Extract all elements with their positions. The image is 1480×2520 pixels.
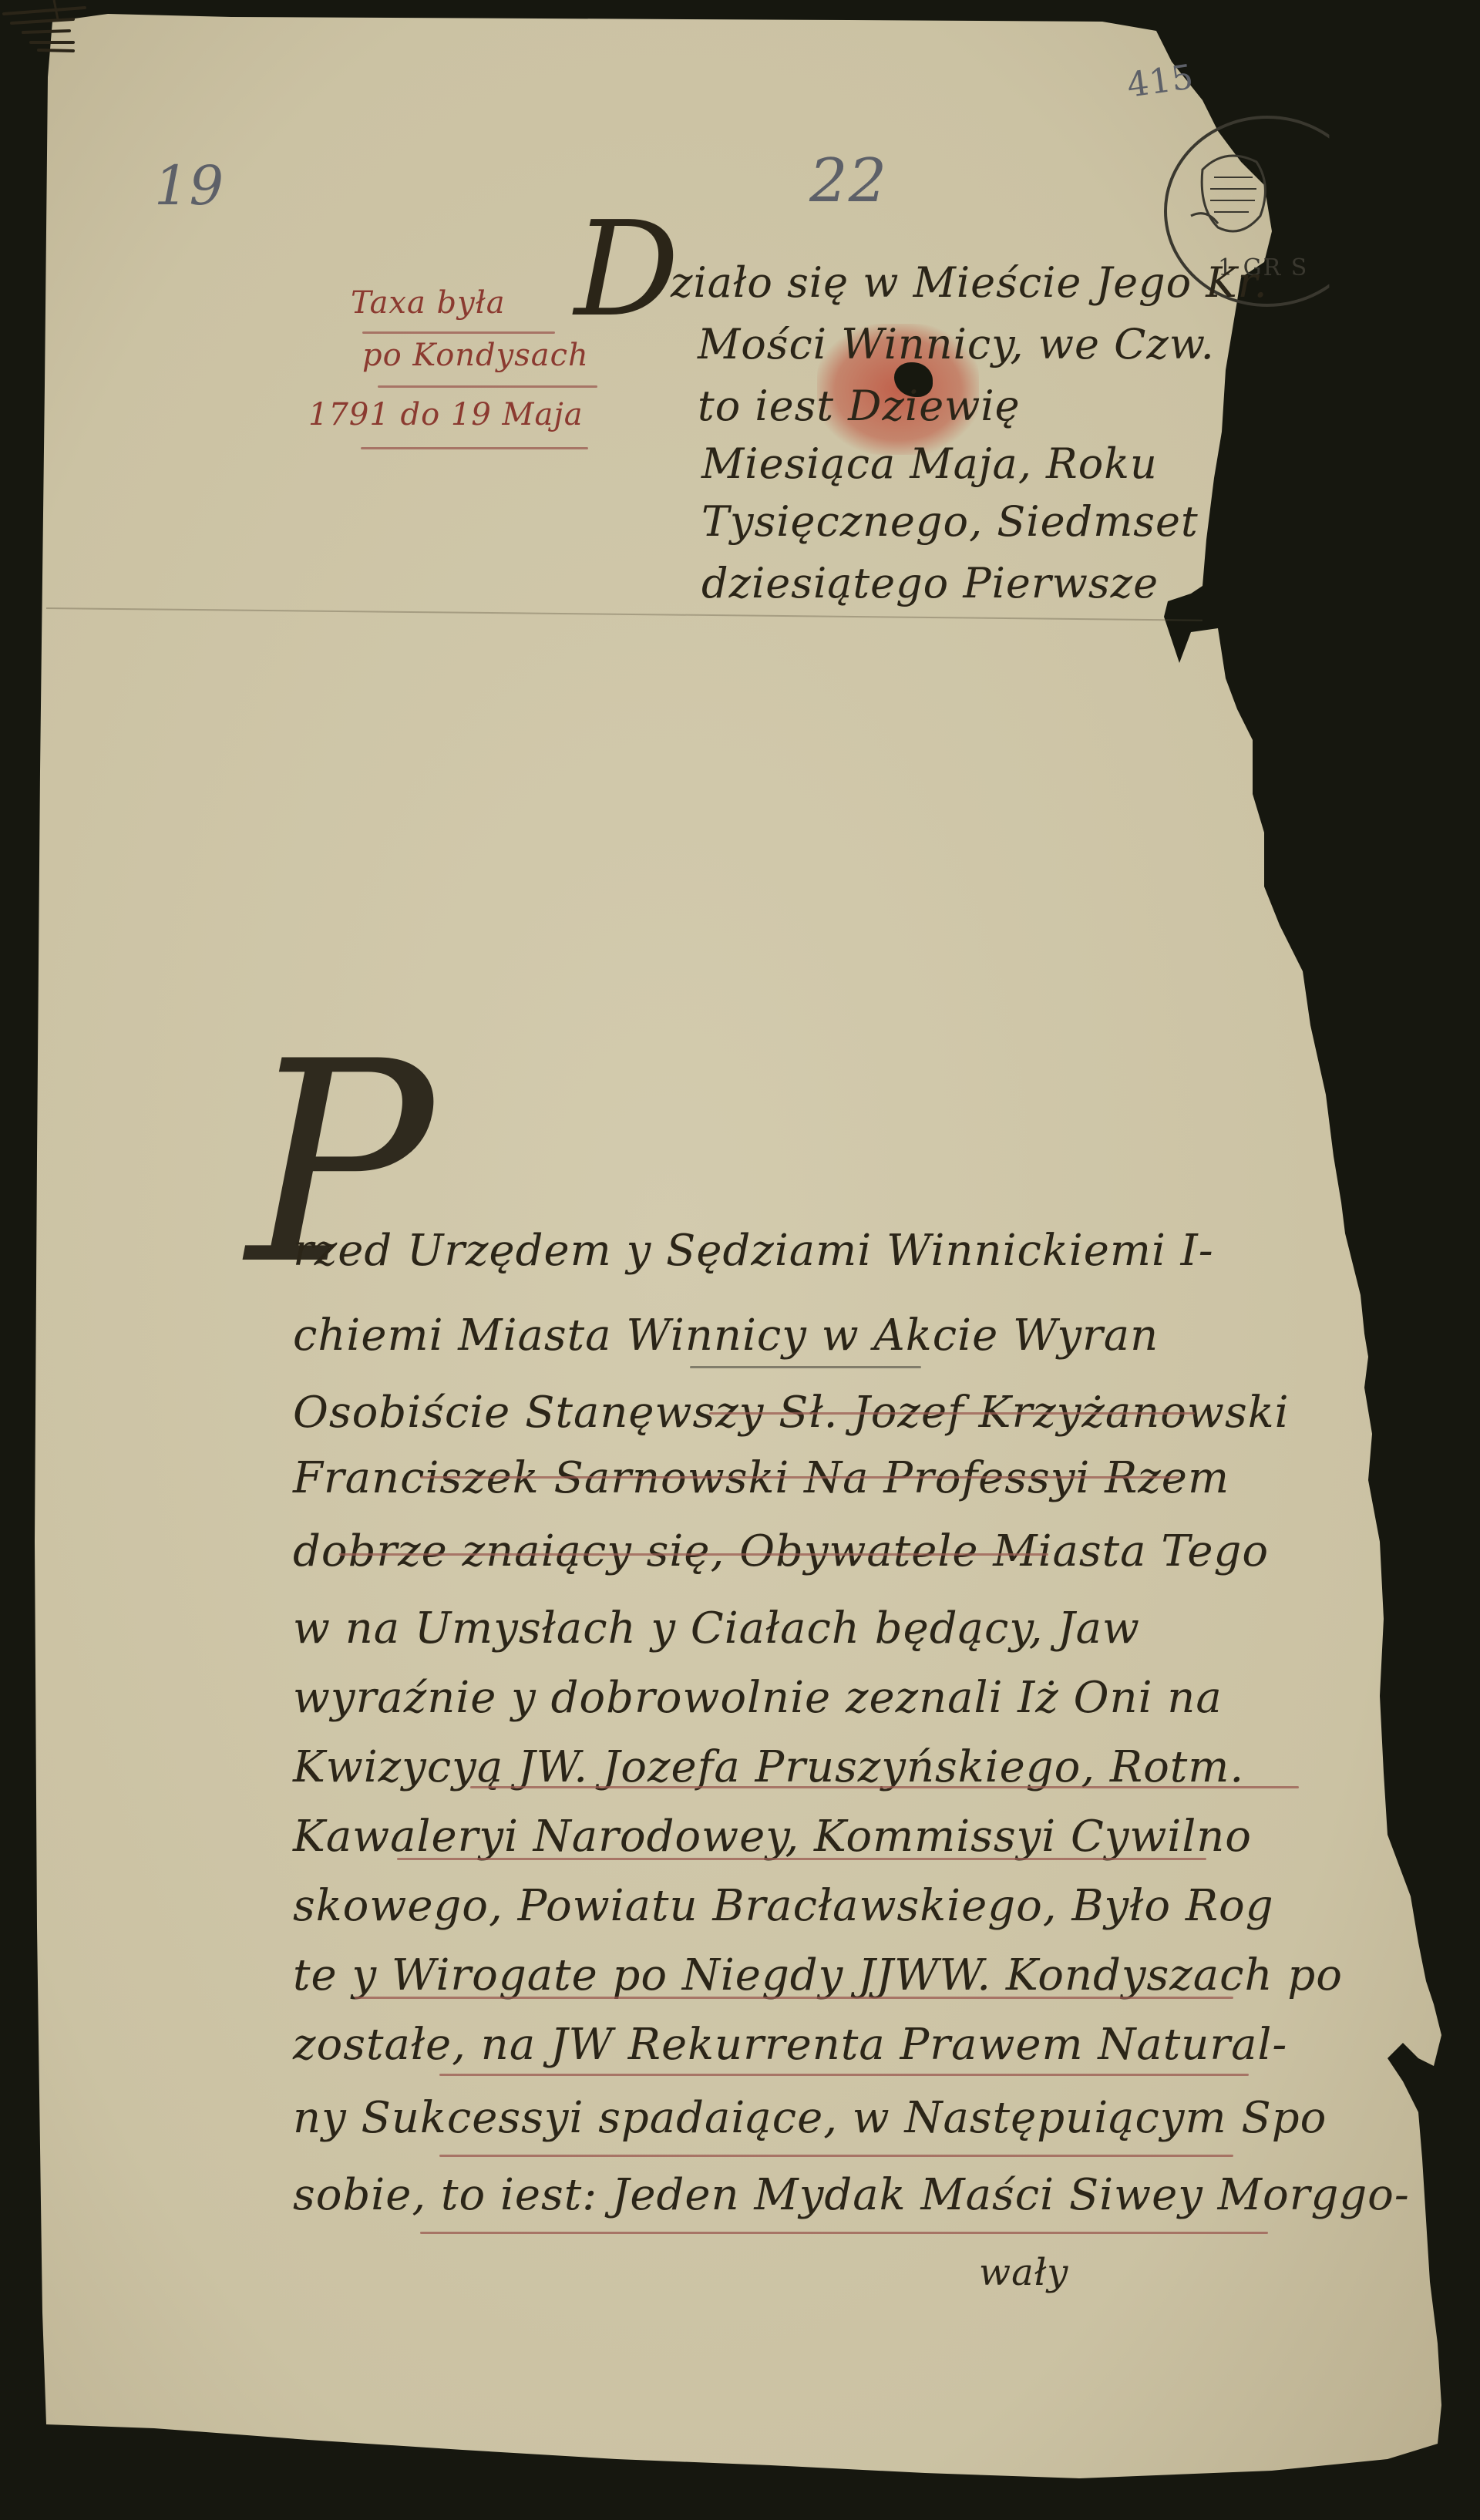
body-line: Kwizycyą JW. Jozefa Pruszyńskiego, Rotm.: [293, 1742, 1244, 1792]
underline: [709, 1412, 1195, 1415]
margin-pencil-mark: 19: [154, 154, 224, 217]
header-line: Miesiąca Maja, Roku: [701, 439, 1158, 488]
body-line: Kawaleryi Narodowey, Kommissyi Cywilno: [293, 1812, 1252, 1862]
header-initial: D: [574, 204, 679, 335]
body-line: dobrze znaiący się, Obywatele Miasta Teg…: [293, 1526, 1269, 1576]
body-line: ny Sukcessyi spadaiące, w Następuiącym S…: [293, 2093, 1327, 2143]
signature-paraph: [0, 0, 92, 54]
header-line: dziesiątego Pierwsze: [701, 559, 1159, 607]
body-line: wały: [979, 2251, 1068, 2294]
body-line: skowego, Powiatu Bracławskiego, Było Rog: [293, 1881, 1274, 1931]
underline: [339, 1553, 1048, 1556]
body-line: zostałe, na JW Rekurrenta Prawem Natural…: [293, 2020, 1287, 2070]
body-line: rzed Urzędem y Sędziami Winnickiemi I-: [293, 1226, 1214, 1276]
underline: [362, 331, 555, 334]
header-line: to iest Dziewię: [698, 382, 1021, 430]
underline: [420, 2232, 1268, 2234]
body-line: te y Wirogate po Niegdy JJWW. Kondyszach…: [293, 1950, 1343, 2000]
margin-note-line: Taxa była: [351, 285, 506, 321]
body-line: wyraźnie y dobrowolnie zeznali Iż Oni na: [293, 1673, 1223, 1723]
margin-note-line: po Kondysach: [362, 338, 589, 373]
underline: [397, 1858, 1206, 1860]
underline: [470, 1786, 1299, 1788]
header-line: ziało się w Mieście Jego Kr.: [671, 258, 1268, 307]
eagle-crest-icon: [1187, 139, 1287, 254]
body-line: sobie, to iest: Jeden Mydak Maści Siwey …: [293, 2170, 1410, 2220]
page-number: 22: [809, 146, 887, 216]
underline: [439, 2074, 1249, 2076]
underline: [355, 1997, 1233, 1999]
underline: [378, 385, 597, 388]
document-page: 415 22 19 1 GR S Taxa była po Kondysach …: [0, 0, 1480, 2520]
body-line: chiemi Miasta Winnicy w Akcie Wyran: [293, 1310, 1159, 1361]
underline: [361, 447, 588, 449]
underline: [439, 2155, 1233, 2157]
header-line: Tysięcznego, Siedmset: [701, 497, 1199, 546]
header-line: Mości Winnicy, we Czw.: [698, 320, 1215, 368]
underline: [420, 1476, 1179, 1479]
margin-note-line: 1791 do 19 Maja: [308, 397, 584, 432]
body-line: w na Umysłach y Ciałach będący, Jaw: [293, 1603, 1140, 1654]
underline: [690, 1366, 921, 1368]
